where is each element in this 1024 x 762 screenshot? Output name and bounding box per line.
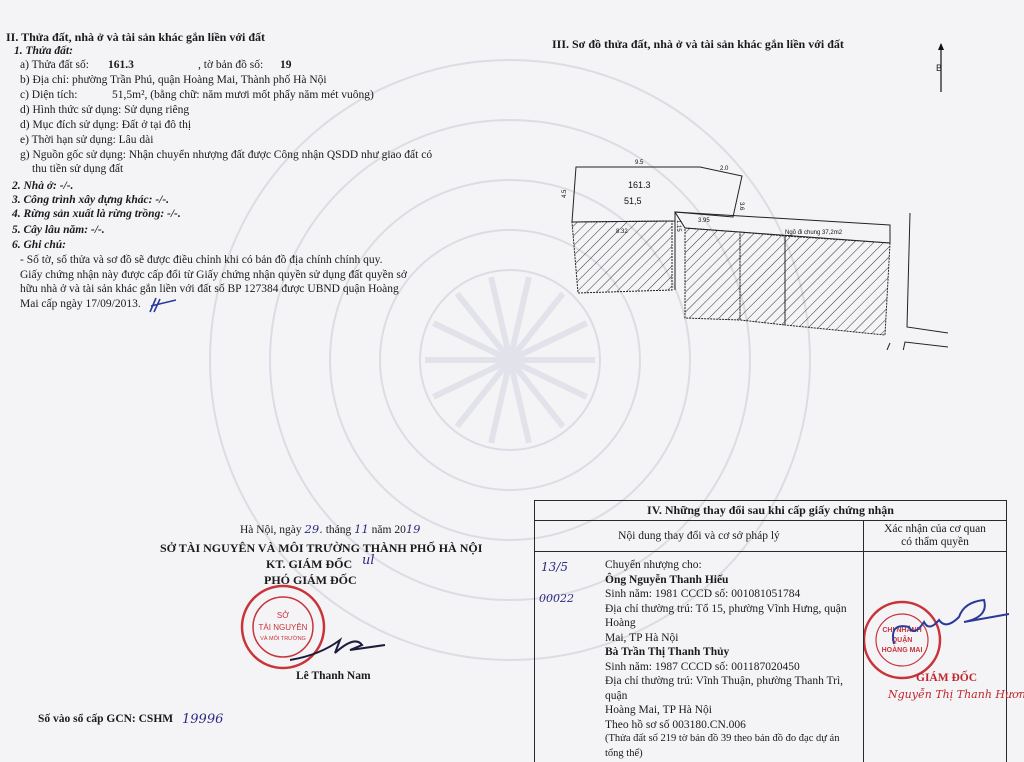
note-line: Mai cấp ngày 17/09/2013.	[20, 297, 407, 312]
change-content-cell: 13/5 00022 Chuyển nhượng cho: Ông Nguyễn…	[535, 552, 864, 762]
col-header-content: Nội dung thay đổi và cơ sở pháp lý	[535, 521, 864, 552]
change-lines: Chuyển nhượng cho: Ông Nguyễn Thanh Hiếu…	[605, 554, 859, 761]
note-line: Giấy chứng nhận này được cấp đổi từ Giấy…	[20, 268, 407, 283]
origin-line1: g) Nguồn gốc sử dụng: Nhận chuyển nhượng…	[20, 149, 432, 161]
changes-title: IV. Những thay đổi sau khi cấp giấy chứn…	[535, 501, 1007, 521]
registry-label: Số vào sổ cấp GCN: CSHM	[38, 713, 173, 725]
svg-text:QUẬN: QUẬN	[892, 635, 913, 644]
land-certificate-page: II. Thửa đất, nhà ở và tài sản khác gắn …	[0, 0, 1024, 762]
margin-note1: 13/5	[541, 560, 568, 574]
usage-purpose: d) Mục đích sử dụng: Đất ở tại đô thị	[20, 119, 191, 131]
north-label: B	[936, 63, 942, 73]
svg-text:9.5: 9.5	[635, 160, 644, 166]
forest-item: 4. Rừng sản xuất là rừng trồng: -/-.	[12, 208, 181, 220]
section-iii-title: III. Sơ đồ thửa đất, nhà ở và tài sản kh…	[552, 37, 844, 52]
transferee-2: Bà Trần Thị Thanh Thủy	[605, 645, 859, 660]
registry-number: 19996	[182, 712, 223, 727]
date-year: 19	[406, 522, 421, 536]
role-initial-signature: ul	[362, 553, 375, 568]
branch-stamp-icon: CHI NHÁNH QUẬN HOÀNG MAI	[864, 592, 1014, 702]
notes-block: - Số tờ, số thửa và sơ đồ sẽ được điều c…	[20, 253, 407, 311]
date-month: 11	[354, 522, 369, 536]
other-works-item: 3. Công trình xây dựng khác: -/-.	[12, 194, 169, 206]
date-line: Hà Nội, ngày 29. tháng 11 năm 2019	[240, 522, 420, 536]
confirm-cell: CHI NHÁNH QUẬN HOÀNG MAI GIÁM ĐỐC Nguyễn…	[864, 552, 1007, 762]
house-item: 2. Nhà ở: -/-.	[12, 180, 73, 192]
address: b) Địa chỉ: phường Trần Phú, quận Hoàng …	[20, 74, 327, 86]
svg-text:161.3: 161.3	[628, 180, 651, 190]
confirm-name: Nguyễn Thị Thanh Hương	[888, 688, 1024, 701]
date-day: 29.	[305, 522, 323, 536]
notes-title: 6. Ghi chú:	[12, 239, 66, 251]
svg-text:3.95: 3.95	[698, 218, 710, 224]
area-value: 51,5m², (bằng chữ: năm mươi mốt phẩy năm…	[112, 89, 374, 101]
svg-text:3.6: 3.6	[738, 202, 744, 211]
svg-text:HOÀNG MAI: HOÀNG MAI	[882, 645, 923, 654]
sub1-title: 1. Thửa đất:	[14, 45, 73, 57]
svg-text:SỞ: SỞ	[277, 611, 289, 620]
margin-note2: 00022	[539, 592, 574, 605]
transferee-1: Ông Nguyễn Thanh Hiếu	[605, 573, 859, 588]
svg-text:4.5: 4.5	[562, 189, 568, 198]
confirm-role: GIÁM ĐỐC	[916, 672, 977, 684]
parcel-label: a) Thửa đất số:	[20, 59, 89, 71]
map-sheet-number: 19	[280, 59, 292, 71]
col-header-confirm: Xác nhận của cơ quan có thẩm quyền	[864, 521, 1007, 552]
perennial-item: 5. Cây lâu năm: -/-.	[12, 224, 105, 236]
svg-text:2.0: 2.0	[720, 166, 729, 172]
note-line: hữu nhà ở và tài sản khác gắn liền với đ…	[20, 282, 407, 297]
section-ii-title: II. Thửa đất, nhà ở và tài sản khác gắn …	[6, 30, 265, 45]
agency-name: SỞ TÀI NGUYÊN VÀ MÔI TRƯỜNG THÀNH PHỐ HÀ…	[160, 541, 482, 556]
signer-name: Lê Thanh Nam	[296, 670, 371, 682]
initial-signature-icon	[148, 296, 178, 316]
svg-text:8.32: 8.32	[616, 229, 628, 235]
signer-role1: KT. GIÁM ĐỐC	[266, 557, 352, 572]
changes-table: IV. Những thay đổi sau khi cấp giấy chứn…	[534, 500, 1007, 762]
svg-text:Ngõ đi chung 37,2m2: Ngõ đi chung 37,2m2	[785, 230, 843, 236]
origin-line2: thu tiền sử dụng đất	[32, 163, 123, 175]
usage-form: d) Hình thức sử dụng: Sử dụng riêng	[20, 104, 189, 116]
director-signature-icon	[280, 625, 390, 670]
svg-text:51,5: 51,5	[624, 196, 642, 206]
note-line: - Số tờ, số thửa và sơ đồ sẽ được điều c…	[20, 253, 407, 268]
parcel-diagram: 9.5 2.0 4.5 3.6 1.15 3.95 8.32 Ngõ đi ch…	[560, 150, 960, 350]
area-label: c) Diện tích:	[20, 89, 77, 101]
map-sheet-label: , tờ bản đồ số:	[198, 59, 263, 71]
svg-text:1.15: 1.15	[675, 220, 681, 232]
parcel-number: 161.3	[108, 59, 134, 71]
usage-term: e) Thời hạn sử dụng: Lâu dài	[20, 134, 153, 146]
